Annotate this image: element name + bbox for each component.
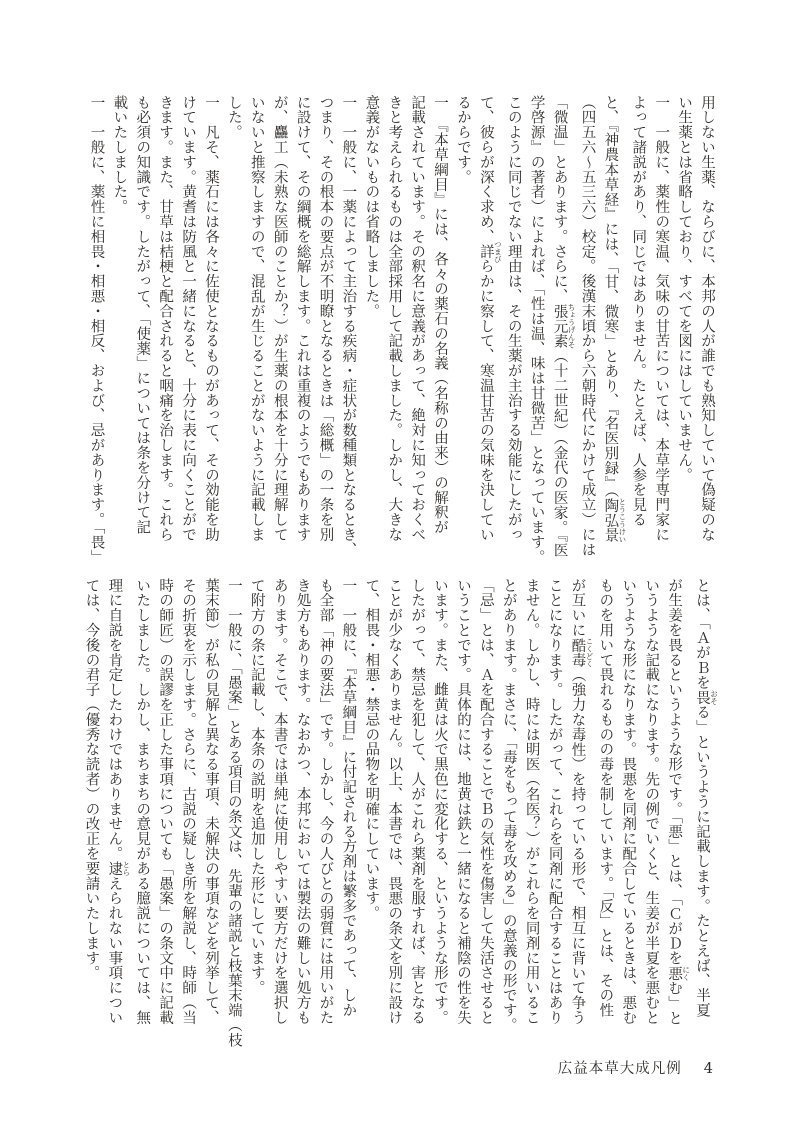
text-column: その折衷を示します。さらに、古説の疑しき所を解説し、時師（当 bbox=[176, 578, 199, 1030]
text-block-top: 用しない生薬、ならびに、本邦の人が誰でも熟知していて偽疑のない生薬とは省略してお… bbox=[85, 95, 718, 547]
text-column: 意義がないものは省略しました。 bbox=[359, 95, 382, 547]
text-column: 葉末節）が私の見解と異なる事項、未解決の事項などを列挙して、 bbox=[199, 578, 222, 1030]
text-column: よって諸説があり、同じではありません。たとえば、人参を見る bbox=[626, 95, 649, 547]
text-column: が生姜を畏るというような形です。「悪」とは、「ＣがＤを悪にくむ」と bbox=[662, 578, 690, 1030]
text-block-bottom: とは、「ＡがＢを畏おそる」というように記載します。たとえば、半夏が生姜を畏るとい… bbox=[80, 578, 718, 1030]
text-column: いうことです。具体的には、地黄は鉄と一緒になると補陰の性を失 bbox=[451, 578, 474, 1030]
text-column: 用しない生薬、ならびに、本邦の人が誰でも熟知していて偽疑のな bbox=[695, 95, 718, 547]
text-column: 載いたしました。 bbox=[107, 95, 130, 547]
text-column: ことが少なくありません。以上、本書では、畏悪の条文を別に設け bbox=[382, 578, 405, 1030]
text-column: 「微温」とあります。さらに、張元素ちょうげんそ（十二世紀）（金代の医家。『医 bbox=[548, 95, 576, 547]
text-column: このように同じでない理由は、その生薬が主治する効能にしたがっ bbox=[502, 95, 525, 547]
text-column: （四五六〜五三六）校定。後漢末頃から六朝時代にかけて成立）には bbox=[576, 95, 599, 547]
text-column: とがあります。まさに、「毒をもって毒を攻める」の意義の形です。 bbox=[497, 578, 520, 1030]
text-column: も必須の知識です。したがって、「使薬」については条を分けて記 bbox=[130, 95, 153, 547]
text-column: 一 一般に、薬性の寒温、気味の甘苦については、本草学専門家に bbox=[649, 95, 672, 547]
text-column: いたしました。しかし、まちまちの意見がある臆説については、無 bbox=[130, 578, 153, 1030]
text-column: つまり、その根本の要点が不明瞭となるときは「総概」の一条を別 bbox=[314, 95, 337, 547]
text-column: 学啓源』の著者）によれば、「性は温、味は甘微苦」となっています。 bbox=[525, 95, 548, 547]
text-column: 時の師匠）の誤謬を正した事項についても「愚案」の条文中に記載 bbox=[153, 578, 176, 1030]
text-column: います。また、雌黄は火で黒色に変化する、というような形です。 bbox=[428, 578, 451, 1030]
text-column: て附方の条に記載し、本条の説明を追加した形にしています。 bbox=[245, 578, 268, 1030]
text-column: き処方もあります。なおかつ、本邦においては製法の難しい処方も bbox=[291, 578, 314, 1030]
text-column: いうような形になります。畏悪を同剤に配合しているときは、悪む bbox=[616, 578, 639, 1030]
text-column: あります。そこで、本書では単純に使用しやすい要方だけを選択し bbox=[268, 578, 291, 1030]
text-column: 理に自説を肯定したわけではありません。逮とらえられない事項につい bbox=[102, 578, 130, 1030]
text-column: い生薬とは省略しており、すべてを図にはしていません。 bbox=[672, 95, 695, 547]
page-footer: 広益本草大成凡例 4 bbox=[558, 1057, 714, 1078]
text-column: 一 凡そ、薬石には各々に佐使となるものがあって、その効能を助 bbox=[199, 95, 222, 547]
text-column: ものを用いて畏れるものの毒を制しています。「反」とは、その性 bbox=[593, 578, 616, 1030]
text-column: 一 一般に、「愚案」とある項目の条文は、先輩の諸説と枝葉末端（枝 bbox=[222, 578, 245, 1030]
text-column: いないと推察しますので、混乱が生じることがないように記載しま bbox=[245, 95, 268, 547]
text-column: と、『神農本草経』には、「甘、微寒」とあり、『名医別録』（陶弘景とうこうけい bbox=[598, 95, 626, 547]
text-column: 一 一般に、一薬によって主治する疾病・症状が数種類となるとき、 bbox=[337, 95, 360, 547]
text-column: 一 一般に、『本草綱目』に付記される方剤は繁多であって、しか bbox=[337, 578, 360, 1030]
text-column: した。 bbox=[222, 95, 245, 547]
text-column: とは、「ＡがＢを畏おそる」というように記載します。たとえば、半夏 bbox=[690, 578, 718, 1030]
text-column: いうような記載になります。先の例でいくと、生姜が半夏を悪むと bbox=[639, 578, 662, 1030]
text-column: が、麤工（未熟な医師のことか？）が生薬の根本を十分に理解して bbox=[268, 95, 291, 547]
text-column: に設けて、その綱概を総解します。これは重複のようでもあります bbox=[291, 95, 314, 547]
text-column: きます。また、甘草は桔梗と配合されると咽痛を治します。これら bbox=[153, 95, 176, 547]
text-column: て、彼らが深く求め、詳つまびらかに察して、寒温甘苦の気味を決してい bbox=[474, 95, 502, 547]
text-column: けています。黄耆は防風と一緒になると、十分に表に向くことがで bbox=[176, 95, 199, 547]
text-column: 記載されています。その釈名に意義があって、絶対に知っておくべ bbox=[405, 95, 428, 547]
text-column: が互いに酷毒こくどく（強力な毒性）を持っている形で、相互に背いて争う bbox=[566, 578, 594, 1030]
text-column: ません。しかし、時には明医（名医？）がこれらを同剤に用いるこ bbox=[520, 578, 543, 1030]
text-column: ては、今後の君子（優秀な読者）の改正を要請いたします。 bbox=[80, 578, 103, 1030]
text-column: るからです。 bbox=[451, 95, 474, 547]
footer-title: 広益本草大成凡例 bbox=[558, 1057, 682, 1078]
text-column: ことになります。したがって、これらを同剤に配合することはあり bbox=[543, 578, 566, 1030]
text-column: て、相畏・相悪・禁忌の品物を明確にしています。 bbox=[359, 578, 382, 1030]
text-column: 一 一般に、薬性に相畏・相悪・相反、および、忌があります。「畏」 bbox=[85, 95, 108, 547]
document-page: 用しない生薬、ならびに、本邦の人が誰でも熟知していて偽疑のない生薬とは省略してお… bbox=[0, 0, 800, 1129]
text-column: したがって、禁忌を犯して、人がこれら薬剤を服すれば、害となる bbox=[405, 578, 428, 1030]
page-number: 4 bbox=[704, 1061, 714, 1077]
text-column: 「忌」とは、Ａを配合することでＢの気性を傷害して失活させると bbox=[474, 578, 497, 1030]
text-column: も全部「神の要法」です。しかし、今の人びとの弱質には用いがた bbox=[314, 578, 337, 1030]
text-column: 一 『本草綱目』には、各々の薬石の名義（名称の由来）の解釈が bbox=[428, 95, 451, 547]
text-column: きと考えられるものは全部採用して記載しました。しかし、大きな bbox=[382, 95, 405, 547]
